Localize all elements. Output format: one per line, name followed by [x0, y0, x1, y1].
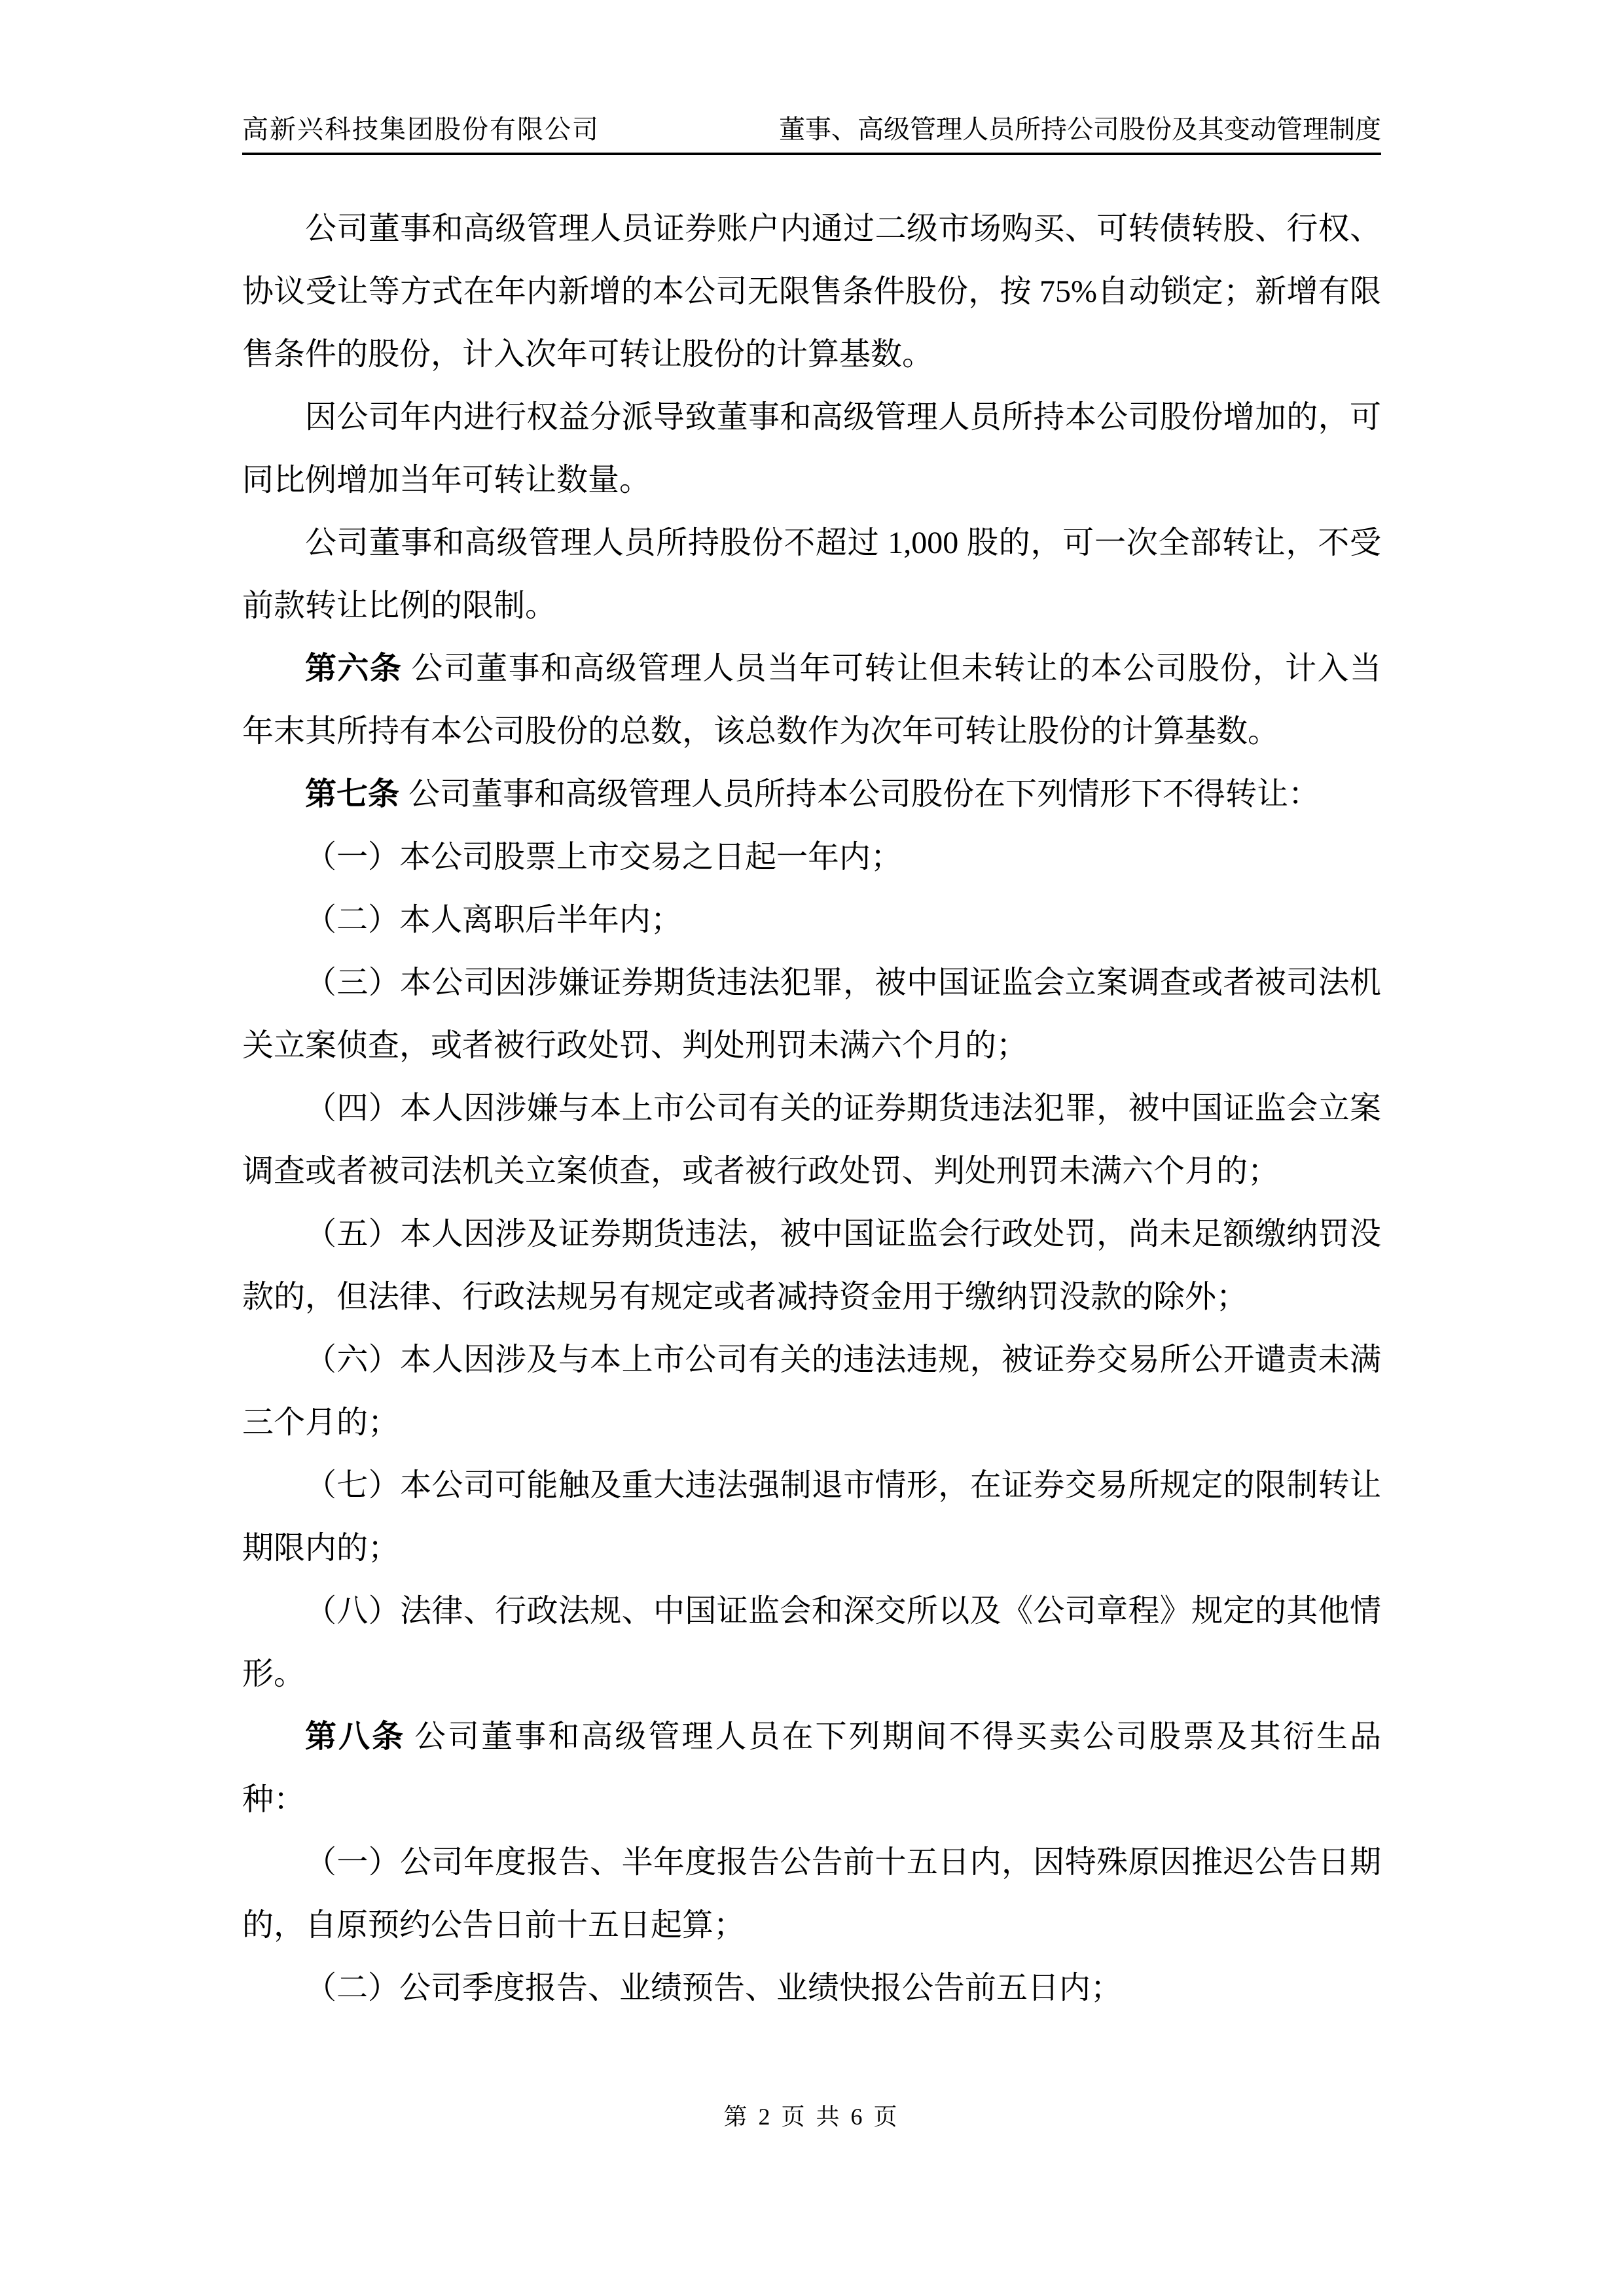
document-body: 公司董事和高级管理人员证券账户内通过二级市场购买、可转债转股、行权、协议受让等方…	[242, 198, 1381, 2020]
paragraph-text: （五）本人因涉及证券期货违法，被中国证监会行政处罚，尚未足额缴纳罚没款的，但法律…	[242, 1217, 1381, 1314]
paragraph-text: （七）本公司可能触及重大违法强制退市情形，在证券交易所规定的限制转让期限内的；	[242, 1468, 1381, 1566]
paragraph-text: （三）本公司因涉嫌证券期货违法犯罪，被中国证监会立案调查或者被司法机关立案侦查，…	[242, 965, 1381, 1063]
paragraph-text: （一）公司年度报告、半年度报告公告前十五日内，因特殊原因推迟公告日期的，自原预约…	[242, 1845, 1381, 1943]
paragraph-text: 公司董事和高级管理人员当年可转让但未转让的本公司股份，计入当年末其所持有本公司股…	[242, 651, 1381, 749]
list-item-7-3: （三）本公司因涉嫌证券期货违法犯罪，被中国证监会立案调查或者被司法机关立案侦查，…	[242, 952, 1381, 1077]
article-8-lead: 第八条	[305, 1719, 405, 1754]
header-divider-line	[242, 153, 1381, 155]
paragraph-article-6: 第六条公司董事和高级管理人员当年可转让但未转让的本公司股份，计入当年末其所持有本…	[242, 637, 1381, 763]
paragraph-text: （二）公司季度报告、业绩预告、业绩快报公告前五日内；	[305, 1971, 1122, 2005]
page-number-label: 第 2 页 共 6 页	[723, 2104, 899, 2130]
paragraph-text: 公司董事和高级管理人员证券账户内通过二级市场购买、可转债转股、行权、协议受让等方…	[242, 211, 1381, 372]
list-item-7-2: （二）本人离职后半年内；	[242, 889, 1381, 952]
list-item-7-8: （八）法律、行政法规、中国证监会和深交所以及《公司章程》规定的其他情形。	[242, 1580, 1381, 1706]
list-item-7-5: （五）本人因涉及证券期货违法，被中国证监会行政处罚，尚未足额缴纳罚没款的，但法律…	[242, 1203, 1381, 1329]
list-item-8-2: （二）公司季度报告、业绩预告、业绩快报公告前五日内；	[242, 1957, 1381, 2020]
paragraph-text: （二）本人离职后半年内；	[305, 903, 682, 937]
paragraph-article-7: 第七条公司董事和高级管理人员所持本公司股份在下列情形下不得转让：	[242, 763, 1381, 826]
list-item-7-7: （七）本公司可能触及重大违法强制退市情形，在证券交易所规定的限制转让期限内的；	[242, 1454, 1381, 1580]
paragraph-text: （六）本人因涉及与本上市公司有关的违法违规，被证券交易所公开谴责未满三个月的；	[242, 1342, 1381, 1440]
article-7-lead: 第七条	[305, 777, 399, 812]
paragraph-text: （四）本人因涉嫌与本上市公司有关的证券期货违法犯罪，被中国证监会立案调查或者被司…	[242, 1091, 1381, 1189]
document-page: 高新兴科技集团股份有限公司 董事、高级管理人员所持公司股份及其变动管理制度 公司…	[0, 0, 1624, 2296]
paragraph-article-8: 第八条公司董事和高级管理人员在下列期间不得买卖公司股票及其衍生品种：	[242, 1706, 1381, 1831]
page-header: 高新兴科技集团股份有限公司 董事、高级管理人员所持公司股份及其变动管理制度	[242, 111, 1381, 148]
paragraph-text: 公司董事和高级管理人员在下列期间不得买卖公司股票及其衍生品种：	[242, 1719, 1381, 1817]
list-item-7-4: （四）本人因涉嫌与本上市公司有关的证券期货违法犯罪，被中国证监会立案调查或者被司…	[242, 1077, 1381, 1203]
paragraph-text: 公司董事和高级管理人员所持本公司股份在下列情形下不得转让：	[408, 777, 1320, 812]
paragraph-2: 因公司年内进行权益分派导致董事和高级管理人员所持本公司股份增加的，可同比例增加当…	[242, 386, 1381, 512]
paragraph-3: 公司董事和高级管理人员所持股份不超过 1,000 股的，可一次全部转让，不受前款…	[242, 512, 1381, 637]
header-company-name: 高新兴科技集团股份有限公司	[242, 111, 600, 148]
list-item-7-6: （六）本人因涉及与本上市公司有关的违法违规，被证券交易所公开谴责未满三个月的；	[242, 1329, 1381, 1454]
paragraph-text: （一）本公司股票上市交易之日起一年内；	[305, 840, 902, 874]
article-6-lead: 第六条	[305, 651, 402, 686]
list-item-7-1: （一）本公司股票上市交易之日起一年内；	[242, 826, 1381, 889]
list-item-8-1: （一）公司年度报告、半年度报告公告前十五日内，因特殊原因推迟公告日期的，自原预约…	[242, 1831, 1381, 1957]
paragraph-text: 因公司年内进行权益分派导致董事和高级管理人员所持本公司股份增加的，可同比例增加当…	[242, 400, 1381, 497]
paragraph-1: 公司董事和高级管理人员证券账户内通过二级市场购买、可转债转股、行权、协议受让等方…	[242, 198, 1381, 386]
page-footer: 第 2 页 共 6 页	[242, 2100, 1381, 2134]
header-document-title: 董事、高级管理人员所持公司股份及其变动管理制度	[779, 111, 1381, 148]
paragraph-text: （八）法律、行政法规、中国证监会和深交所以及《公司章程》规定的其他情形。	[242, 1594, 1381, 1691]
paragraph-text: 公司董事和高级管理人员所持股份不超过 1,000 股的，可一次全部转让，不受前款…	[242, 526, 1381, 623]
